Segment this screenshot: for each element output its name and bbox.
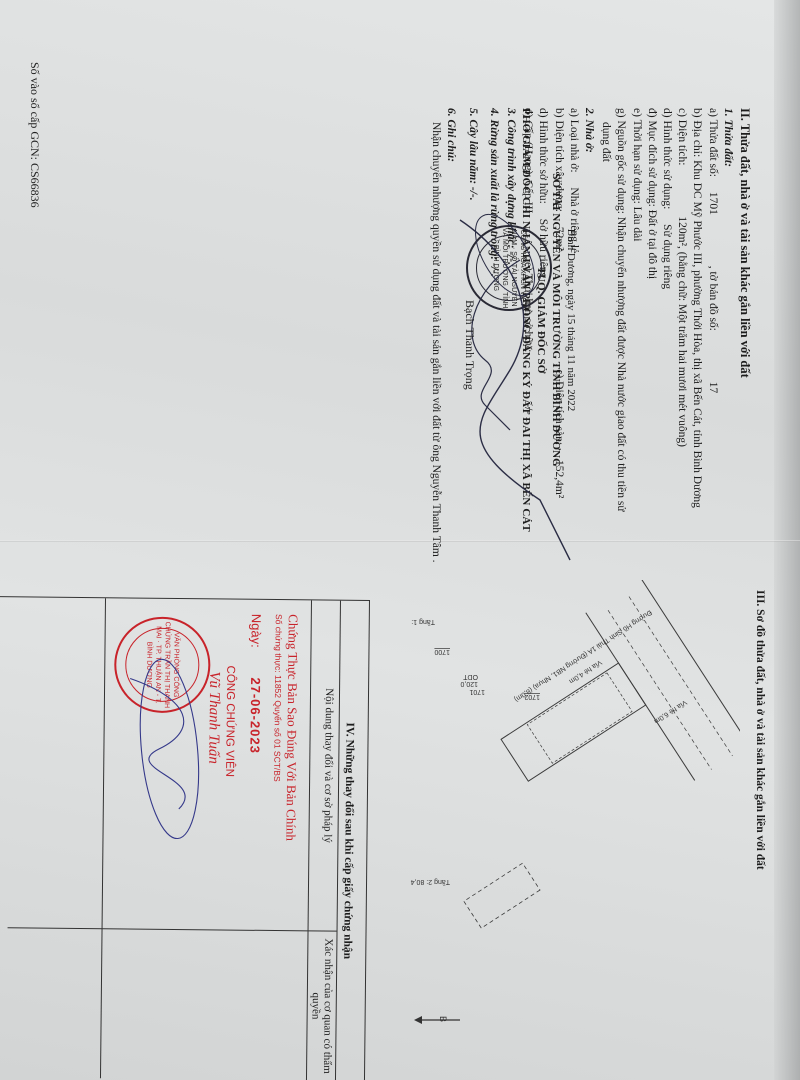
notary-role: CÔNG CHỨNG VIÊN [222, 665, 236, 840]
parcel-number: 1701 [707, 192, 719, 215]
col-authority-confirm: Xác nhận của cơ quan có thẩm quyền [307, 931, 337, 1080]
purpose-label: đ) Mục đích sử dụng: [646, 108, 658, 207]
road-label: Đường Hồ Sinh Thái 1A (Đường NB1, Nhựa) … [513, 608, 654, 704]
col-change-content: Nội dung thay đổi và cơ sở pháp lý [309, 600, 340, 931]
sidewalk-far-label: Vỉa hè 6,0m [652, 698, 688, 725]
area-label: c) Diện tích: [676, 108, 688, 165]
changes-table-header: Nội dung thay đổi và cơ sở pháp lý Xác n… [306, 600, 340, 1080]
origin-continued: dụng đất [598, 108, 613, 578]
address-label: b) Địa chỉ: [691, 108, 703, 157]
term-row: e) Thời hạn sử dụng: Lâu dài [628, 108, 643, 578]
signer-name: Bạch Thanh Trọng [462, 300, 477, 390]
seal-text: CỘNG HÒA XHCN VIỆT NAM · SỞ TÀI NGUYÊN V… [491, 227, 527, 309]
section4-title: IV. Những thay đổi sau khi cấp giấy chứn… [335, 601, 369, 1080]
parcel-area-label: 120,0 [460, 680, 478, 687]
section2-title: II. Thửa đất, nhà ở và tài sản khác gắn … [737, 108, 752, 578]
official-seal: CỘNG HÒA XHCN VIỆT NAM · SỞ TÀI NGUYÊN V… [466, 225, 552, 311]
origin-value: Nhận chuyển nhượng đất được Nhà nước gia… [615, 217, 627, 512]
notes-heading: 6. Ghi chú: [443, 108, 458, 578]
address-value: Khu DC Mỹ Phước III, phường Thới Hòa, th… [691, 160, 703, 508]
place-date: Bình Dương, ngày 15 tháng 11 năm 2022 [563, 60, 578, 580]
certified-title: Chứng Thực Bản Sao Đúng Với Bản Chính [282, 614, 300, 841]
use-form-label: d) Hình thức sử dụng: [661, 108, 673, 209]
section3-title: III. Sơ đồ thửa đất, nhà ở và tài sản kh… [754, 590, 766, 870]
floor2-label: Tầng 2: 80,4 m2 [410, 878, 450, 887]
changes-table-body: Chứng Thực Bản Sao Đúng Với Bản Chính Số… [6, 597, 311, 1080]
notary-seal-text: VĂN PHÒNG CÔNG CHỨNG TRẦN THỊ THANH MAI … [144, 619, 181, 711]
area-value: 120m², (bằng chữ: Một trăm hai mươi mét … [676, 216, 688, 447]
neighbor-right-label: 1702 [524, 693, 540, 700]
svg-text:B: B [438, 1016, 448, 1022]
notarized-copy-stamp: Chứng Thực Bản Sao Đúng Với Bản Chính Số… [203, 613, 300, 841]
other-works: 3. Công trình xây dựng khác: -/-. [503, 108, 518, 578]
land-certificate-page: II. Thửa đất, nhà ở và tài sản khác gắn … [0, 0, 800, 1080]
parcel-diagram: Vỉa hè 6,0m Đường Hồ Sinh Thái 1A (Đường… [410, 580, 740, 1060]
parcel-row: a) Thửa đất số: 1701 , tờ bản đồ số: 17 [704, 108, 719, 578]
parcel-label: a) Thửa đất số: [707, 108, 719, 177]
production-forest: 4. Rừng sản xuất là rừng trồng: -/-. [486, 108, 501, 578]
use-form-row: d) Hình thức sử dụng: Sử dụng riêng [659, 108, 674, 578]
certified-date-row: Ngày: 27-06-2023 [246, 614, 263, 841]
land-heading: 1. Thửa đất: [720, 108, 735, 578]
certified-date: 27-06-2023 [247, 677, 263, 754]
changes-table: IV. Những thay đổi sau khi cấp giấy chứn… [0, 596, 370, 1080]
notary-seal: VĂN PHÒNG CÔNG CHỨNG TRẦN THỊ THANH MAI … [114, 616, 211, 713]
notes-text: Nhận chuyển nhượng quyền sử dụng đất và … [428, 108, 443, 578]
house-heading: 2. Nhà ở: [581, 108, 596, 578]
north-arrow-icon: B [414, 1016, 460, 1024]
origin-row: g) Nguồn gốc sử dụng: Nhận chuyển nhượng… [613, 108, 628, 578]
area-row: c) Diện tích: 120m², (bằng chữ: Một trăm… [674, 108, 689, 578]
issuing-authority: SỞ TÀI NGUYÊN VÀ MÔI TRƯỜNG TỈNH BÌNH DƯ… [548, 60, 563, 580]
neighbor-left-label: 1700 [434, 648, 450, 655]
notary-name: Vũ Thanh Tuấn [203, 671, 222, 840]
address-row: b) Địa chỉ: Khu DC Mỹ Phước III, phường … [689, 108, 704, 578]
on-behalf-of: TUQ. GIÁM ĐỐC SỞ [533, 60, 548, 580]
floor1-label: Tầng 1: 72,0 m2 [410, 618, 435, 627]
purpose-row: đ) Mục đích sử dụng: Đất ở tại đô thị [644, 108, 659, 578]
use-form-value: Sử dụng riêng [661, 224, 673, 289]
certified-date-label: Ngày: [248, 614, 263, 648]
parcel-number-label: 1701 [469, 688, 485, 695]
land-type-label: ODT [463, 673, 479, 680]
term-value: Lâu dài [631, 207, 643, 242]
term-label: e) Thời hạn sử dụng: [631, 108, 643, 204]
registry-number: Số vào sổ cấp GCN: CS66836 [27, 62, 42, 208]
purpose-value: Đất ở tại đô thị [646, 210, 658, 279]
origin-label: g) Nguồn gốc sử dụng: [615, 108, 627, 214]
signature-block: Bình Dương, ngày 15 tháng 11 năm 2022 SỞ… [518, 60, 578, 580]
map-sheet-number: 17 [707, 382, 719, 394]
signer-position: PHÓ GIÁM ĐỐC CHI NHÁNH VĂN PHÒNG ĐĂNG KÝ… [518, 60, 533, 580]
map-sheet-label: , tờ bản đồ số: [707, 266, 719, 331]
